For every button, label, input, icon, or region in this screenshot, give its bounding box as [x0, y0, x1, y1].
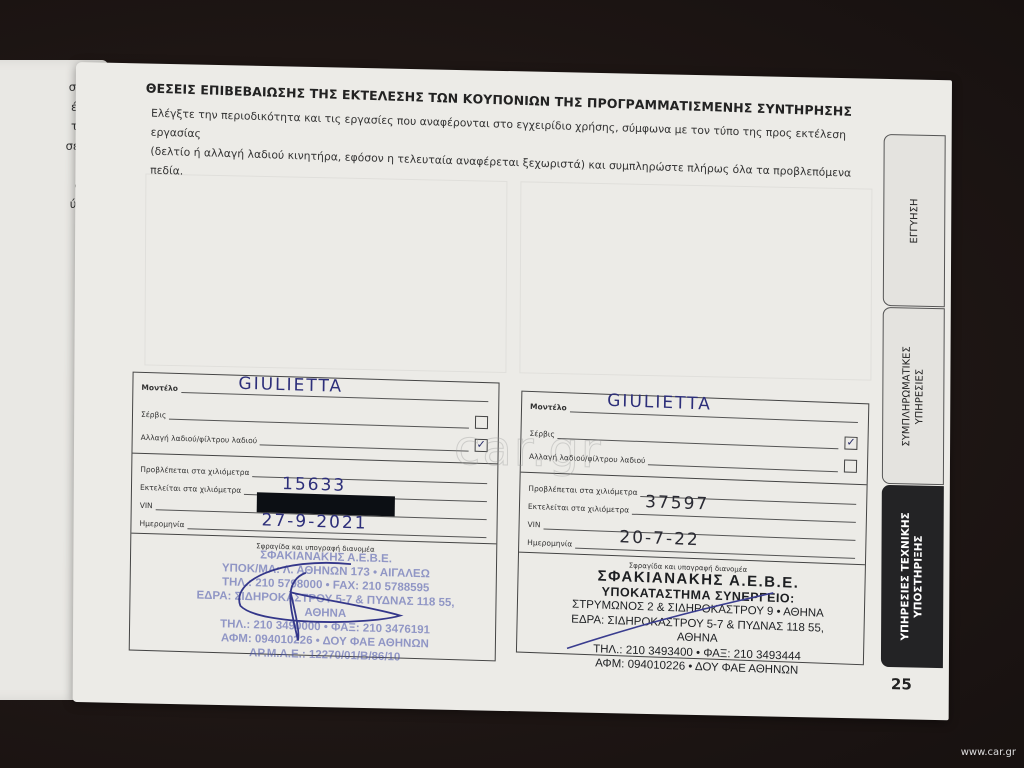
coupon-card-1: Μοντέλο GIULIETTA Σέρβις Αλλαγή λαδιού/φ… [129, 372, 500, 662]
tab-label: ΕΓΓΥΗΣΗ [908, 198, 921, 243]
vin-label: VIN [140, 501, 153, 510]
service-checkbox[interactable]: ✓ [844, 436, 857, 449]
center-watermark: car.gr [454, 420, 603, 479]
executed-km-value[interactable]: 37597 [645, 492, 709, 514]
date-value[interactable]: 20-7-22 [619, 527, 700, 550]
planned-km-label: Προβλέπεται στα χιλιόμετρα [528, 484, 637, 497]
tab-technical-support-services[interactable]: ΥΠΗΡΕΣΙΕΣ ΤΕΧΝΙΚΗΣΥΠΟΣΤΗΡΙΞΗΣ [881, 485, 944, 668]
tab-supplementary-services[interactable]: ΣΥΜΠΛΗΡΩΜΑΤΙΚΕΣΥΠΗΡΕΣΙΕΣ [882, 307, 945, 485]
bleed-through-right [519, 181, 872, 380]
tab-label: ΥΠΗΡΕΣΙΕΣ ΤΕΧΝΙΚΗΣΥΠΟΣΤΗΡΙΞΗΣ [899, 512, 926, 641]
model-value[interactable]: GIULIETTA [607, 391, 712, 415]
tab-label: ΣΥΜΠΛΗΡΩΜΑΤΙΚΕΣΥΠΗΡΕΣΙΕΣ [900, 346, 927, 447]
date-value[interactable]: 27-9-2021 [261, 510, 367, 533]
signature-1 [220, 550, 421, 646]
executed-km-label: Εκτελείται στα χιλιόμετρα [528, 502, 629, 515]
date-label: Ημερομηνία [139, 519, 184, 529]
site-watermark: www.car.gr [961, 747, 1016, 758]
executed-km-label: Εκτελείται στα χιλιόμετρα [140, 483, 241, 495]
oil-change-label: Αλλαγή λαδιού/φίλτρου λαδιού [141, 433, 258, 445]
service-label: Σέρβις [141, 410, 166, 420]
right-page: ΘΕΣΕΙΣ ΕΠΙΒΕΒΑΙΩΣΗΣ ΤΗΣ ΕΚΤΕΛΕΣΗΣ ΤΩΝ ΚΟ… [73, 62, 952, 720]
page-number: 25 [891, 675, 912, 693]
bleed-through-left [144, 173, 507, 373]
model-value[interactable]: GIULIETTA [238, 374, 343, 397]
date-label: Ημερομηνία [527, 538, 572, 549]
vin-label: VIN [528, 520, 541, 529]
signature-2 [562, 583, 783, 661]
planned-km-label: Προβλέπεται στα χιλιόμετρα [140, 465, 249, 477]
model-label: Μοντέλο [530, 402, 567, 412]
oil-change-checkbox[interactable] [844, 459, 857, 472]
model-label: Μοντέλο [141, 383, 178, 393]
tab-warranty[interactable]: ΕΓΓΥΗΣΗ [883, 134, 946, 307]
